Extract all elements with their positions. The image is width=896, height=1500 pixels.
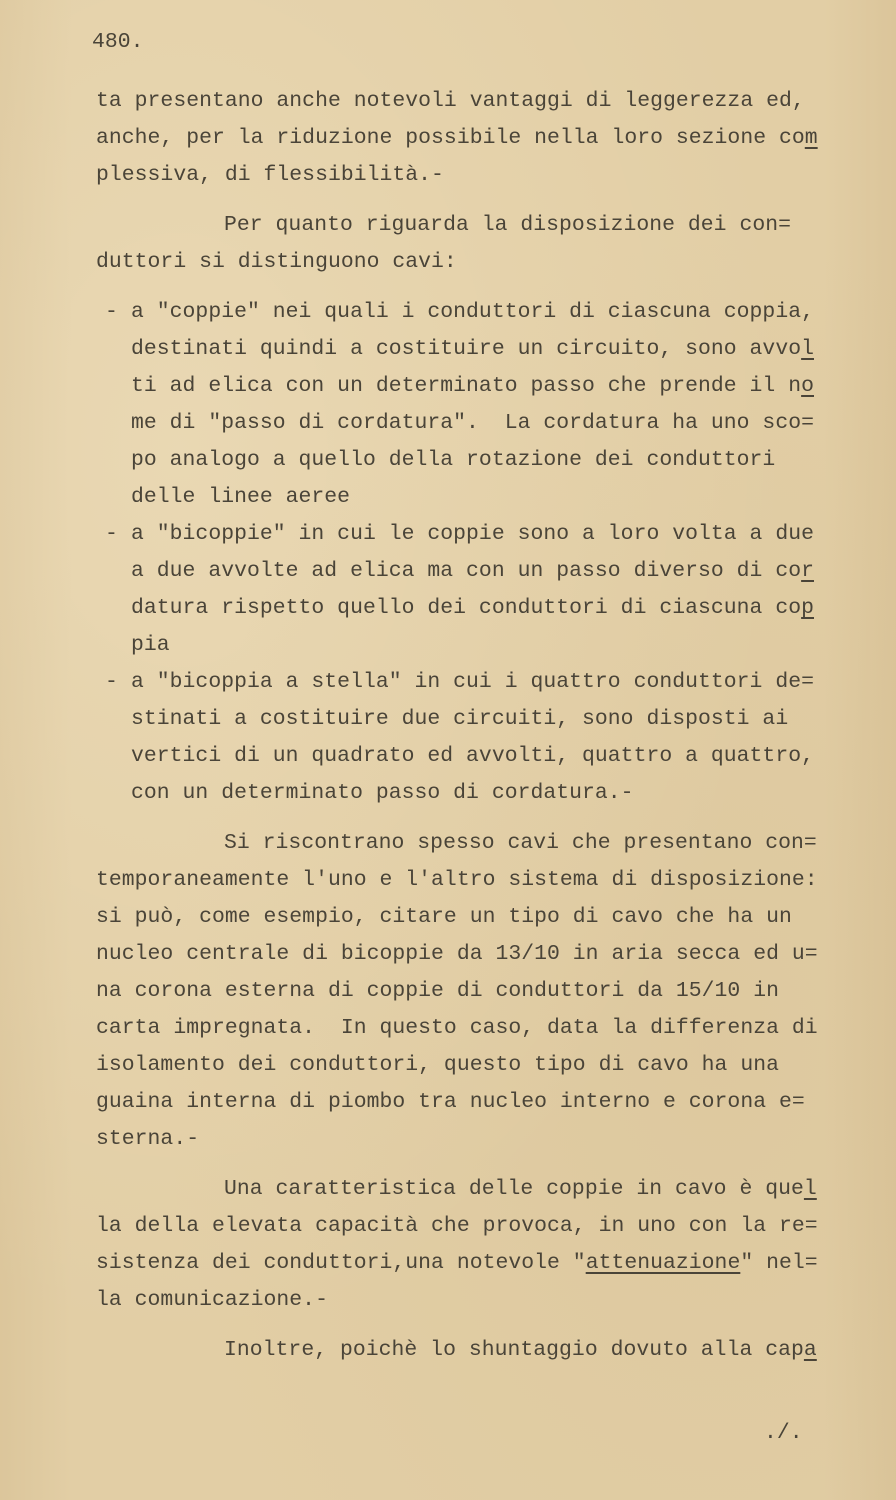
- line-text: nucleo centrale di bicoppie da 13/10 in …: [96, 942, 818, 966]
- continuation-mark: ./.: [764, 1423, 803, 1444]
- line-text: la comunicazione.-: [96, 1288, 328, 1312]
- text-line: ti ad elica con un determinato passo che…: [131, 376, 814, 397]
- text-line: Per quanto riguarda la disposizione dei …: [224, 215, 791, 236]
- line-text: plessiva, di flessibilità.-: [96, 163, 444, 187]
- text-line: ta presentano anche notevoli vantaggi di…: [96, 91, 805, 112]
- text-line: sistenza dei conduttori,una notevole "at…: [96, 1253, 818, 1274]
- text-line: la comunicazione.-: [96, 1290, 328, 1311]
- line-text: datura rispetto quello dei conduttori di…: [131, 596, 801, 620]
- text-line: Si riscontrano spesso cavi che presentan…: [224, 833, 817, 854]
- hyphenation-mark: l: [804, 1177, 817, 1201]
- page-number: 480.: [92, 32, 144, 53]
- text-line: con un determinato passo di cordatura.-: [131, 783, 634, 804]
- line-text: a due avvolte ad elica ma con un passo d…: [131, 559, 801, 583]
- text-line: vertici di un quadrato ed avvolti, quatt…: [131, 746, 814, 767]
- text-line: temporaneamente l'uno e l'altro sistema …: [96, 870, 818, 891]
- text-line: delle linee aeree: [131, 487, 350, 508]
- text-line: Una caratteristica delle coppie in cavo …: [224, 1179, 817, 1200]
- text-line: guaina interna di piombo tra nucleo inte…: [96, 1092, 805, 1113]
- text-line: isolamento dei conduttori, questo tipo d…: [96, 1055, 779, 1076]
- line-text: Si riscontrano spesso cavi che presentan…: [224, 831, 817, 855]
- text-line: po analogo a quello della rotazione dei …: [131, 450, 775, 471]
- line-text: con un determinato passo di cordatura.-: [131, 781, 634, 805]
- hyphenation-mark: r: [801, 559, 814, 583]
- line-text: guaina interna di piombo tra nucleo inte…: [96, 1090, 805, 1114]
- text-line: nucleo centrale di bicoppie da 13/10 in …: [96, 944, 818, 965]
- typewritten-page: 480. ta presentano anche notevoli vantag…: [0, 0, 896, 1500]
- text-line: pia: [131, 635, 170, 656]
- line-text: a "coppie" nei quali i conduttori di cia…: [131, 300, 814, 324]
- line-text: po analogo a quello della rotazione dei …: [131, 448, 775, 472]
- line-text: a "bicoppie" in cui le coppie sono a lor…: [131, 522, 814, 546]
- text-line: la della elevata capacità che provoca, i…: [96, 1216, 818, 1237]
- line-text: la della elevata capacità che provoca, i…: [96, 1214, 818, 1238]
- line-text: a "bicoppia a stella" in cui i quattro c…: [131, 670, 814, 694]
- text-line: datura rispetto quello dei conduttori di…: [131, 598, 814, 619]
- hyphenation-mark: o: [801, 374, 814, 398]
- line-text: delle linee aeree: [131, 485, 350, 509]
- text-line: duttori si distinguono cavi:: [96, 252, 457, 273]
- line-text: vertici di un quadrato ed avvolti, quatt…: [131, 744, 814, 768]
- text-line: a "bicoppia a stella" in cui i quattro c…: [131, 672, 814, 693]
- text-line: me di "passo di cordatura". La cordatura…: [131, 413, 814, 434]
- line-text: ta presentano anche notevoli vantaggi di…: [96, 89, 805, 113]
- line-text: destinati quindi a costituire un circuit…: [131, 337, 801, 361]
- text-line: plessiva, di flessibilità.-: [96, 165, 444, 186]
- line-text: pia: [131, 633, 170, 657]
- line-text: anche, per la riduzione possibile nella …: [96, 126, 805, 150]
- line-text: sistenza dei conduttori,una notevole ": [96, 1251, 586, 1275]
- hyphenation-mark: m: [805, 126, 818, 150]
- list-bullet: -: [105, 672, 118, 693]
- hyphenation-mark: a: [804, 1338, 817, 1362]
- line-text: na corona esterna di coppie di conduttor…: [96, 979, 779, 1003]
- text-line: stinati a costituire due circuiti, sono …: [131, 709, 788, 730]
- text-line: si può, come esempio, citare un tipo di …: [96, 907, 792, 928]
- text-line: a "coppie" nei quali i conduttori di cia…: [131, 302, 814, 323]
- line-text: duttori si distinguono cavi:: [96, 250, 457, 274]
- text-line: sterna.-: [96, 1129, 199, 1150]
- line-text: Inoltre, poichè lo shuntaggio dovuto all…: [224, 1338, 804, 1362]
- text-line: destinati quindi a costituire un circuit…: [131, 339, 814, 360]
- line-text: me di "passo di cordatura". La cordatura…: [131, 411, 814, 435]
- line-text: sterna.-: [96, 1127, 199, 1151]
- text-line: carta impregnata. In questo caso, data l…: [96, 1018, 818, 1039]
- text-line: Inoltre, poichè lo shuntaggio dovuto all…: [224, 1340, 817, 1361]
- line-text: ti ad elica con un determinato passo che…: [131, 374, 801, 398]
- text-line: a "bicoppie" in cui le coppie sono a lor…: [131, 524, 814, 545]
- list-bullet: -: [105, 302, 118, 323]
- line-text: Per quanto riguarda la disposizione dei …: [224, 213, 791, 237]
- text-line: na corona esterna di coppie di conduttor…: [96, 981, 779, 1002]
- line-text: si può, come esempio, citare un tipo di …: [96, 905, 792, 929]
- text-line: anche, per la riduzione possibile nella …: [96, 128, 818, 149]
- line-text-after: " nel=: [740, 1251, 817, 1275]
- line-text: carta impregnata. In questo caso, data l…: [96, 1016, 818, 1040]
- line-text: isolamento dei conduttori, questo tipo d…: [96, 1053, 779, 1077]
- hyphenation-mark: l: [801, 337, 814, 361]
- hyphenation-mark: p: [801, 596, 814, 620]
- line-text: stinati a costituire due circuiti, sono …: [131, 707, 788, 731]
- line-text: temporaneamente l'uno e l'altro sistema …: [96, 868, 818, 892]
- underlined-word: attenuazione: [586, 1251, 741, 1275]
- line-text: Una caratteristica delle coppie in cavo …: [224, 1177, 804, 1201]
- list-bullet: -: [105, 524, 118, 545]
- text-line: a due avvolte ad elica ma con un passo d…: [131, 561, 814, 582]
